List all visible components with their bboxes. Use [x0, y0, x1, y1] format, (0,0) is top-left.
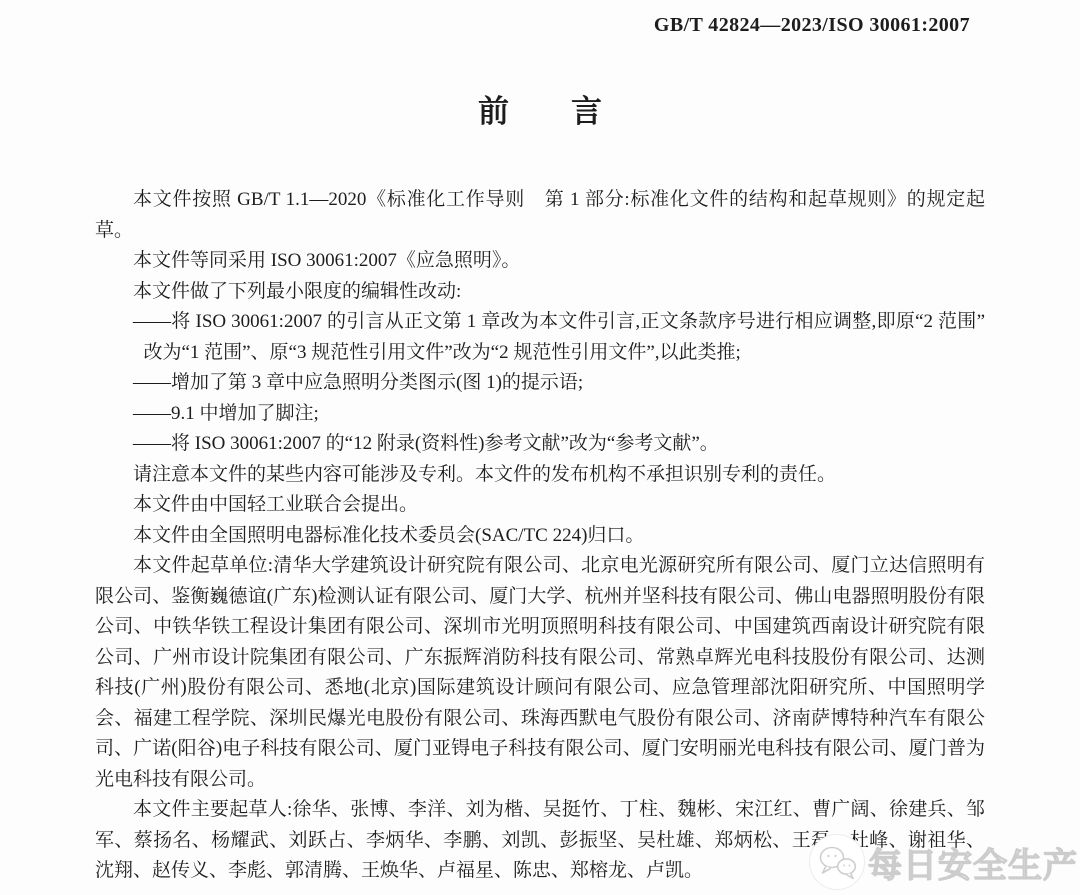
paragraph-proposed-by: 本文件由中国轻工业联合会提出。 [95, 490, 985, 521]
watermark-text: 每日安全生产 [868, 838, 1078, 887]
paragraph-drafting-rules: 本文件按照 GB/T 1.1—2020《标准化工作导则 第 1 部分:标准化文件… [95, 185, 985, 246]
standard-number-header: GB/T 42824—2023/ISO 30061:2007 [0, 0, 1080, 37]
paragraph-editorial-changes-intro: 本文件做了下列最小限度的编辑性改动: [95, 277, 985, 308]
paragraph-centralized-by: 本文件由全国照明电器标准化技术委员会(SAC/TC 224)归口。 [95, 521, 985, 552]
dash-item-clause-renumbering: ——将 ISO 30061:2007 的引言从正文第 1 章改为本文件引言,正文… [95, 307, 985, 368]
dash-item-footnote: ——9.1 中增加了脚注; [95, 399, 985, 430]
document-page: GB/T 42824—2023/ISO 30061:2007 前言 本文件按照 … [0, 0, 1080, 895]
wechat-logo-icon [808, 833, 866, 891]
paragraph-patent-notice: 请注意本文件的某些内容可能涉及专利。本文件的发布机构不承担识别专利的责任。 [95, 460, 985, 491]
page-title-second-char: 言 [571, 94, 602, 129]
dash-item-bibliography: ——将 ISO 30061:2007 的“12 附录(资料性)参考文献”改为“参… [95, 429, 985, 460]
page-title: 前言 [0, 91, 1080, 133]
watermark-daily-safety-production: 每日安全生产 [808, 833, 1078, 891]
page-title-first-char: 前 [478, 94, 509, 129]
dash-item-figure-note: ——增加了第 3 章中应急照明分类图示(图 1)的提示语; [95, 368, 985, 399]
foreword-body: 本文件按照 GB/T 1.1—2020《标准化工作导则 第 1 部分:标准化文件… [95, 185, 985, 887]
paragraph-identical-adoption: 本文件等同采用 ISO 30061:2007《应急照明》。 [95, 246, 985, 277]
paragraph-drafting-organizations: 本文件起草单位:清华大学建筑设计研究院有限公司、北京电光源研究所有限公司、厦门立… [95, 551, 985, 795]
